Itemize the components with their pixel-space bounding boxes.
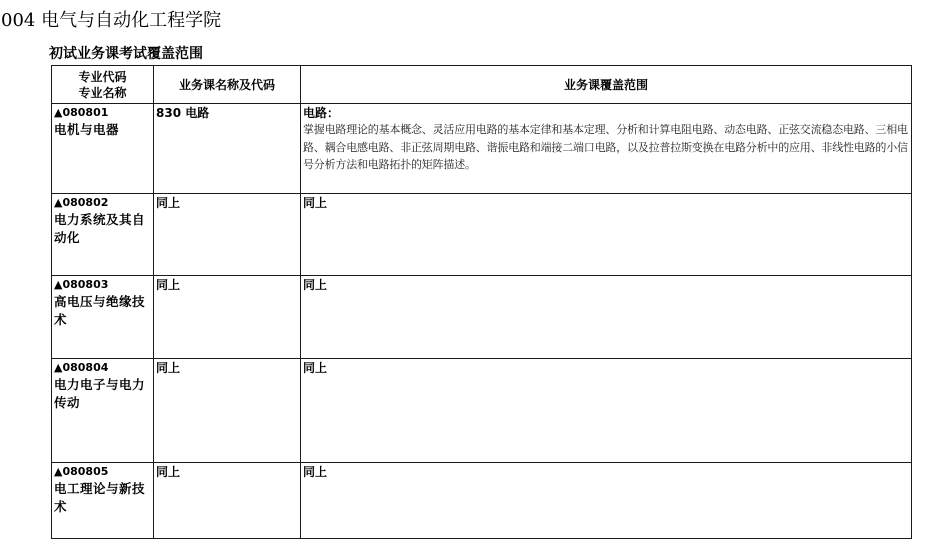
table-row: ▲080801 电机与电器 830 电路 电路： 掌握电路理论的基本概念、灵活应… bbox=[52, 104, 912, 194]
scope-title: 同上 bbox=[303, 195, 909, 211]
major-name: 电工理论与新技术 bbox=[54, 480, 151, 516]
major-cell: ▲080801 电机与电器 bbox=[52, 104, 154, 194]
major-cell: ▲080803 高电压与绝缘技术 bbox=[52, 276, 154, 359]
scope-title: 同上 bbox=[303, 277, 909, 293]
header-major-code: 专业代码 bbox=[54, 69, 151, 85]
table-row: ▲080804 电力电子与电力传动 同上 同上 bbox=[52, 359, 912, 463]
header-major-name: 专业名称 bbox=[54, 85, 151, 101]
table-header-row: 专业代码 专业名称 业务课名称及代码 业务课覆盖范围 bbox=[52, 66, 912, 104]
course-cell: 同上 bbox=[154, 276, 301, 359]
course-name: 同上 bbox=[156, 360, 298, 376]
section-title: 初试业务课考试覆盖范围 bbox=[49, 45, 203, 63]
major-code: ▲080803 bbox=[54, 277, 151, 293]
course-cell: 同上 bbox=[154, 463, 301, 539]
scope-cell: 同上 bbox=[301, 194, 912, 276]
course-name: 830 电路 bbox=[156, 105, 298, 121]
scope-cell: 同上 bbox=[301, 463, 912, 539]
major-code: ▲080801 bbox=[54, 105, 151, 121]
table-row: ▲080805 电工理论与新技术 同上 同上 bbox=[52, 463, 912, 539]
major-name: 电力电子与电力传动 bbox=[54, 376, 151, 412]
major-code: ▲080805 bbox=[54, 464, 151, 480]
major-cell: ▲080802 电力系统及其自动化 bbox=[52, 194, 154, 276]
exam-scope-table: 专业代码 专业名称 业务课名称及代码 业务课覆盖范围 ▲080801 电机与电器… bbox=[51, 65, 912, 539]
major-code: ▲080804 bbox=[54, 360, 151, 376]
course-cell: 830 电路 bbox=[154, 104, 301, 194]
major-name: 电力系统及其自动化 bbox=[54, 211, 151, 247]
header-major: 专业代码 专业名称 bbox=[52, 66, 154, 104]
scope-title: 同上 bbox=[303, 464, 909, 480]
major-cell: ▲080804 电力电子与电力传动 bbox=[52, 359, 154, 463]
major-cell: ▲080805 电工理论与新技术 bbox=[52, 463, 154, 539]
course-name: 同上 bbox=[156, 464, 298, 480]
table-row: ▲080802 电力系统及其自动化 同上 同上 bbox=[52, 194, 912, 276]
scope-title: 电路： bbox=[303, 105, 909, 121]
header-course: 业务课名称及代码 bbox=[154, 66, 301, 104]
scope-cell: 同上 bbox=[301, 276, 912, 359]
scope-cell: 电路： 掌握电路理论的基本概念、灵活应用电路的基本定律和基本定理、分析和计算电阻… bbox=[301, 104, 912, 194]
scope-title: 同上 bbox=[303, 360, 909, 376]
scope-cell: 同上 bbox=[301, 359, 912, 463]
table-row: ▲080803 高电压与绝缘技术 同上 同上 bbox=[52, 276, 912, 359]
header-scope: 业务课覆盖范围 bbox=[301, 66, 912, 104]
major-code: ▲080802 bbox=[54, 195, 151, 211]
major-name: 电机与电器 bbox=[54, 121, 151, 139]
scope-body: 掌握电路理论的基本概念、灵活应用电路的基本定律和基本定理、分析和计算电阻电路、动… bbox=[303, 121, 909, 174]
document-title: 004 电气与自动化工程学院 bbox=[1, 9, 221, 33]
course-cell: 同上 bbox=[154, 359, 301, 463]
major-name: 高电压与绝缘技术 bbox=[54, 293, 151, 329]
course-cell: 同上 bbox=[154, 194, 301, 276]
course-name: 同上 bbox=[156, 277, 298, 293]
course-name: 同上 bbox=[156, 195, 298, 211]
